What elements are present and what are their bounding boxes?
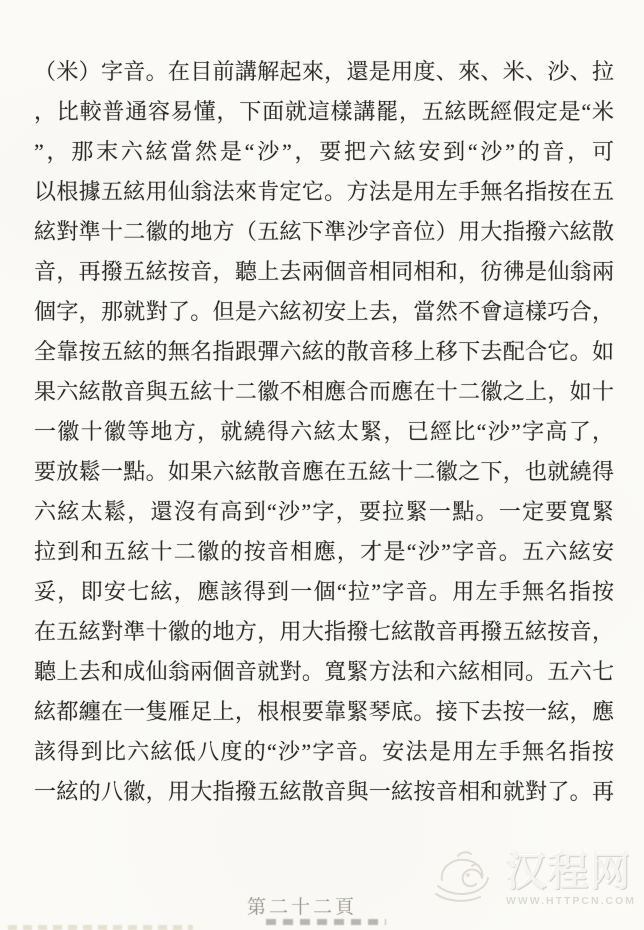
site-watermark: 汉程网 WWW.HTTPCN.COM [428,842,636,916]
text-line: 一絃的八徽，用大指撥五絃散音與一絃按音相和就對了。再 [34,772,614,812]
dragon-swirl-logo [428,842,502,916]
scan-artifact-strip [8,925,193,930]
text-line: 個字，那就對了。但是六絃初安上去，當然不會這樣巧合， [34,292,614,332]
watermark-site-url: WWW.HTTPCN.COM [506,895,636,907]
text-line: 絃對準十二徽的地方（五絃下準沙字音位）用大指撥六絃散 [34,212,614,252]
body-text: （米）字音。在目前講解起來，還是用度、來、米、沙、拉 ，比較普通容易懂，下面就這… [34,52,614,812]
watermark-text: 汉程网 WWW.HTTPCN.COM [506,852,636,907]
text-line: 六絃太鬆，還沒有高到“沙”字，要拉緊一點。一定要寬緊 [34,492,614,532]
text-line: 要放鬆一點。如果六絃散音應在五絃十二徽之下，也就繞得 [34,452,614,492]
text-line: 果六絃散音與五絃十二徽不相應合而應在十二徽之上，如十 [34,372,614,412]
text-line: 全靠按五絃的無名指跟彈六絃的散音移上移下去配合它。如 [34,332,614,372]
scanned-book-page: （米）字音。在目前講解起來，還是用度、來、米、沙、拉 ，比較普通容易懂，下面就這… [0,0,644,930]
text-line: 絃都纏在一隻雁足上，根根要靠緊琴底。接下去按一絃，應 [34,692,614,732]
watermark-site-name: 汉程网 [506,852,632,892]
text-line: 該得到比六絃低八度的“沙”字音。安法是用左手無名指按 [34,732,614,772]
text-line: 拉到和五絃十二徽的按音相應，才是“沙”字音。五六絃安 [34,532,614,572]
text-line: ，比較普通容易懂，下面就這樣講罷，五絃既經假定是“米 [34,92,614,132]
text-line: ”，那末六絃當然是“沙”，要把六絃安到“沙”的音，可 [34,132,614,172]
text-line: （米）字音。在目前講解起來，還是用度、來、米、沙、拉 [34,52,614,92]
text-line: 音，再撥五絃按音，聽上去兩個音相同相和，彷彿是仙翁兩 [34,252,614,292]
text-line: 妥，即安七絃，應該得到一個“拉”字音。用左手無名指按 [34,572,614,612]
text-line: 以根據五絃用仙翁法來肯定它。方法是用左手無名指按在五 [34,172,614,212]
scan-artifact-strip [266,919,386,925]
text-line: 在五絃對準十徽的地方，用大指撥七絃散音再撥五絃按音， [34,612,614,652]
text-line: 聽上去和成仙翁兩個音就對。寬緊方法和六絃相同。五六七 [34,652,614,692]
text-line: 一徽十徽等地方，就繞得六絃太緊，已經比“沙”字高了， [34,412,614,452]
